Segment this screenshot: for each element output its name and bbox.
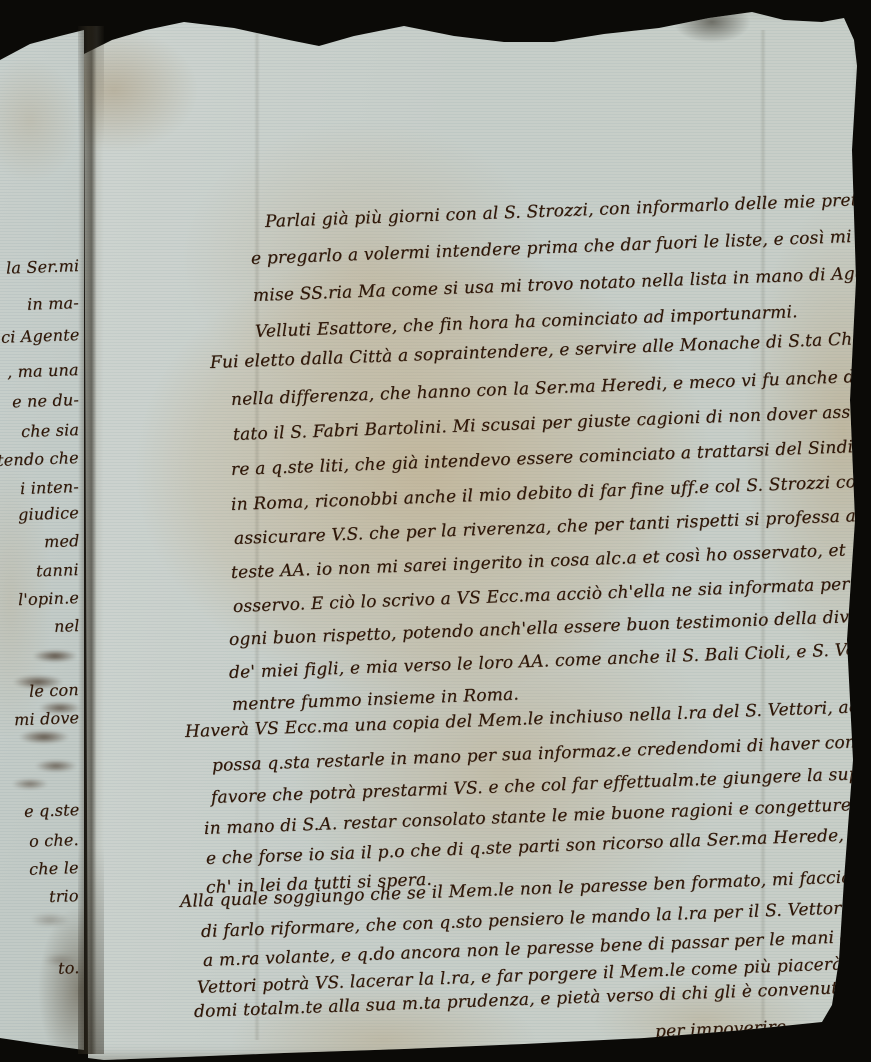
manuscript-line: mise SS.ria Ma come si usa mi trovo nota… (253, 262, 871, 306)
marginalia-fragment: trio (49, 886, 79, 906)
marginalia-fragment: e ne du- (12, 390, 80, 411)
marginalia-fragment: to. (57, 958, 79, 978)
marginalia-fragment: ci Agente (0, 325, 79, 347)
manuscript-page: per impoverire. Parlai già più giorni co… (84, 0, 871, 1062)
marginalia-fragment: tanni (36, 560, 79, 580)
manuscript-line: Parlai già più giorni con al S. Strozzi,… (265, 188, 871, 232)
marginalia-fragment: e q.ste (23, 800, 79, 821)
photo-background: { "photo": { "background_color": "#0b0a0… (0, 0, 871, 1062)
manuscript-line: re a q.ste liti, che già intendevo esser… (231, 436, 871, 480)
marginalia-fragment: i inten- (20, 477, 79, 498)
marginalia-fragment: tendo che (0, 448, 79, 470)
manuscript-line: tato il S. Fabri Bartolini. Mi scusai pe… (233, 401, 871, 445)
marginalia-fragment: , ma una (7, 360, 79, 381)
marginalia-fragment: o che. (29, 830, 79, 851)
closing-line: per impoverire. (655, 1017, 793, 1042)
marginalia-fragment: mi dove (14, 708, 80, 729)
marginalia-fragment: le con (29, 680, 79, 701)
marginalia-fragment: giudice (18, 503, 79, 524)
marginalia-fragment: l'opin.e (18, 588, 80, 609)
marginalia-fragment: med (43, 531, 79, 551)
manuscript-line: teste AA. io non mi sarei ingerito in co… (231, 540, 846, 583)
marginalia-fragment: la Ser.mi (5, 256, 79, 278)
marginalia-fragment: che le (29, 858, 79, 879)
marginalia-fragment: in ma- (27, 293, 79, 314)
manuscript-line: e pregarlo a volermi intendere prima che… (251, 225, 871, 269)
fold-gutter (78, 26, 104, 1054)
marginalia-fragment: che sia (21, 420, 80, 441)
facing-page-edge: la Ser.miin ma-ci Agente, ma unae ne du-… (0, 0, 84, 1062)
manuscript-line: nella differenza, che hanno con la Ser.m… (231, 366, 871, 410)
marginalia-fragment: nel (53, 616, 79, 636)
